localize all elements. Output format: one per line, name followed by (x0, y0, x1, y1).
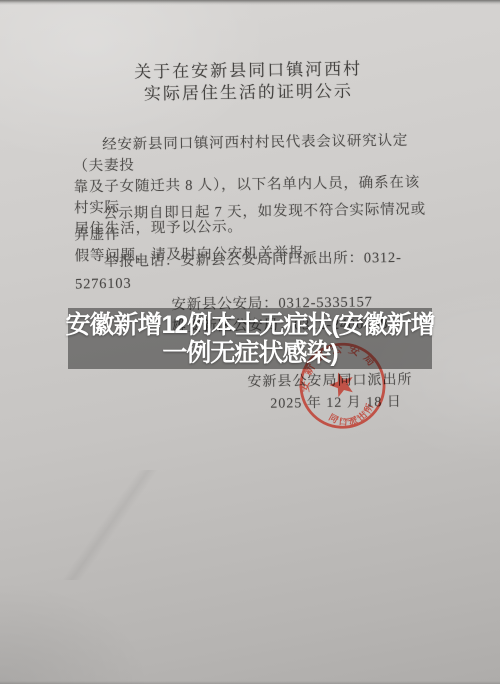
notice-title: 关于在安新县同口镇河西村 实际居住生活的证明公示 (0, 57, 499, 107)
stamp-star-icon (326, 368, 357, 398)
hotline-tongkou-station: 举报电话：安新县公安局同口派出所：0312-5276103 (75, 246, 432, 295)
headline-line2: 一例无症状感染) (162, 339, 337, 367)
document-photo: 关于在安新县同口镇河西村 实际居住生活的证明公示 经安新县同口镇河西村村民代表会… (0, 0, 500, 684)
paragraph1-line1: 经安新县同口镇河西村村民代表会议研究认定（夫妻投 (73, 130, 430, 177)
news-headline-overlay: 安徽新增12例本土无症状(安徽新增 一例无症状感染) (68, 308, 432, 369)
paragraph2-line1: 公示期自即日起 7 天，如发现不符合实际情况或弄虚作 (74, 199, 431, 246)
headline-line1: 安徽新增12例本土无症状(安徽新增 (65, 311, 434, 339)
